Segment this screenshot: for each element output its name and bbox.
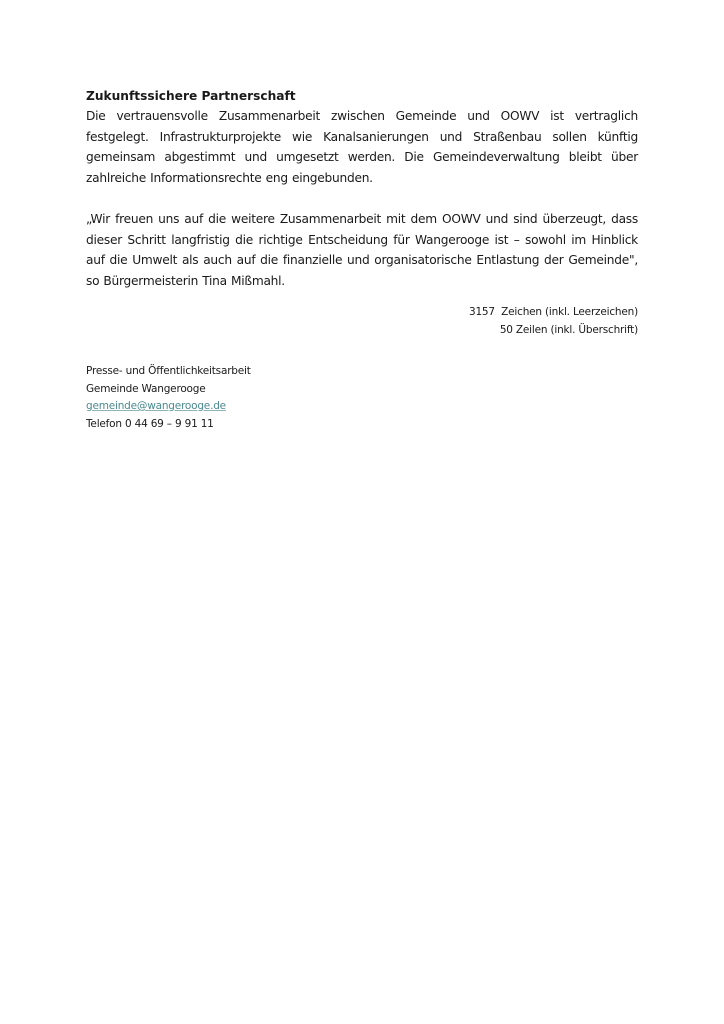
text-statistics: 3157 Zeichen (inkl. Leerzeichen) 50 Zeil…	[469, 303, 638, 339]
section-heading: Zukunftssichere Partnerschaft	[86, 86, 638, 106]
line-count: 50 Zeilen (inkl. Überschrift)	[469, 321, 638, 339]
paragraph-quote: „Wir freuen uns auf die weitere Zusammen…	[86, 209, 638, 291]
contact-organization: Gemeinde Wangerooge	[86, 381, 251, 399]
character-count: 3157 Zeichen (inkl. Leerzeichen)	[469, 303, 638, 321]
contact-department: Presse- und Öffentlichkeitsarbeit	[86, 363, 251, 381]
email-link[interactable]: gemeinde@wangerooge.de	[86, 400, 226, 412]
contact-block: Presse- und Öffentlichkeitsarbeit Gemein…	[86, 363, 251, 433]
document-body: Zukunftssichere Partnerschaft Die vertra…	[86, 86, 638, 291]
paragraph-gap	[86, 188, 638, 209]
paragraph-partnership: Die vertrauensvolle Zusammenarbeit zwisc…	[86, 106, 638, 188]
contact-phone: Telefon 0 44 69 – 9 91 11	[86, 416, 251, 434]
